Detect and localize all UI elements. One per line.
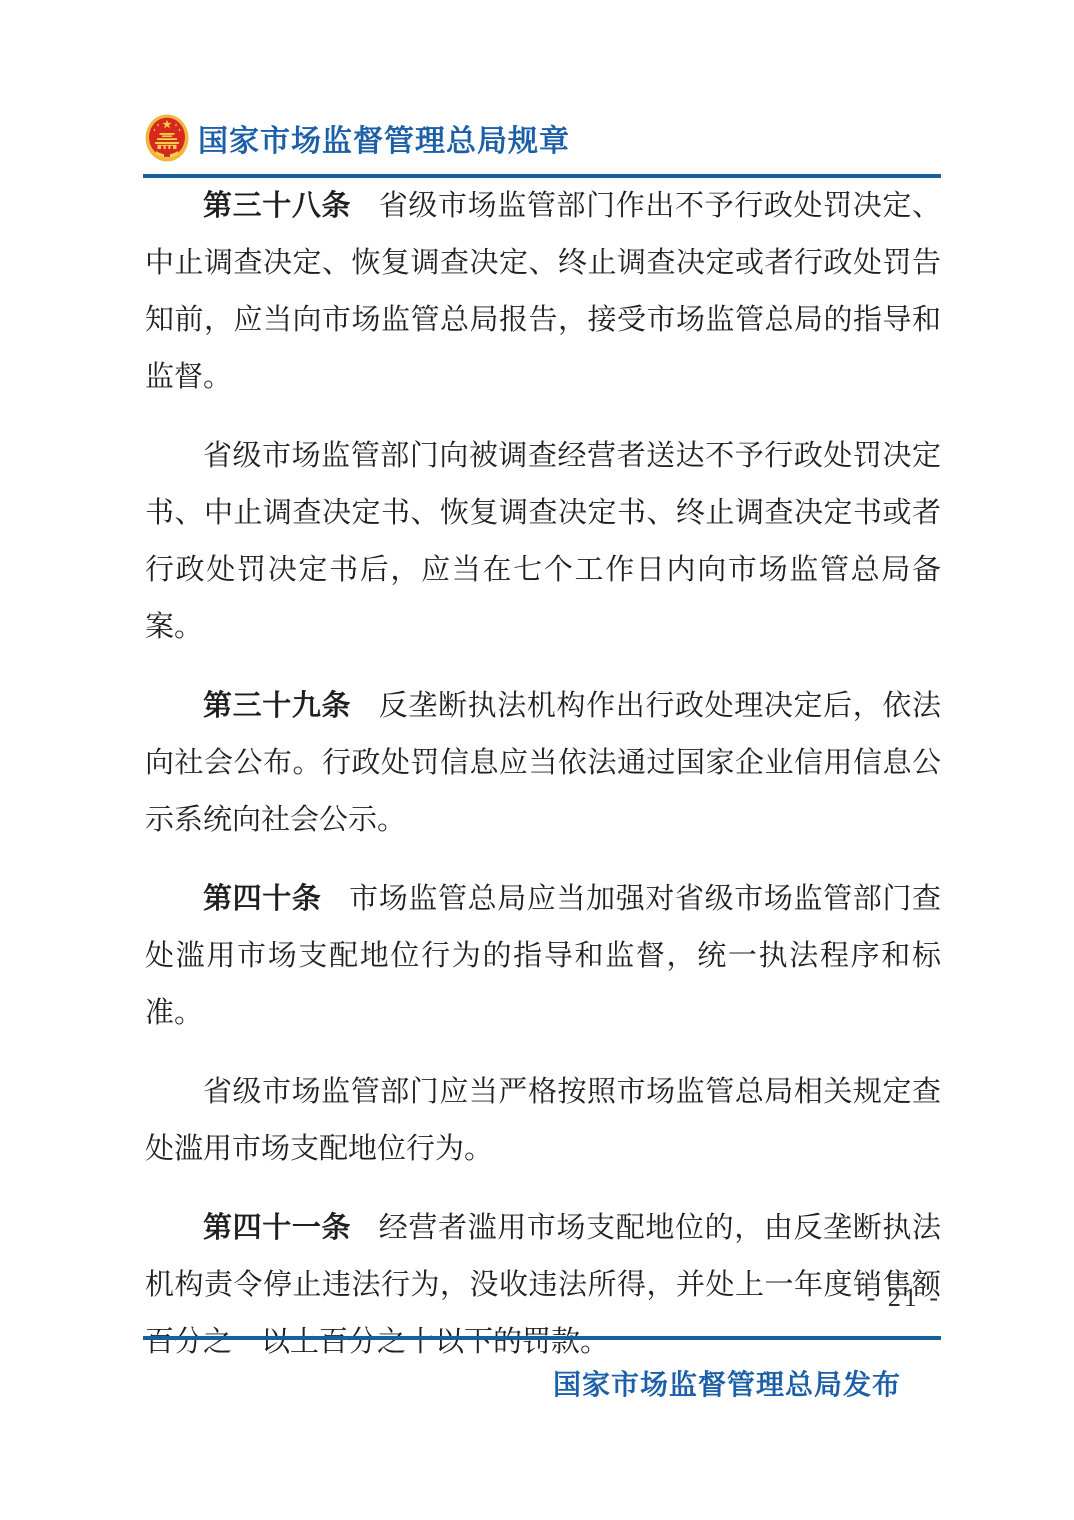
article-number: 第三十九条 (203, 690, 351, 722)
document-header: 国家市场监督管理总局规章 (145, 112, 950, 164)
paragraph-article-38: 第三十八条省级市场监管部门作出不予行政处罚决定、中止调查决定、恢复调查决定、终止… (145, 178, 941, 406)
paragraph-article-39: 第三十九条反垄断执法机构作出行政处理决定后，依法向社会公布。行政处罚信息应当依法… (145, 678, 941, 849)
header-title: 国家市场监督管理总局规章 (198, 116, 570, 160)
paragraph-article-40-cont: 省级市场监管部门应当严格按照市场监管总局相关规定查处滥用市场支配地位行为。 (145, 1064, 941, 1178)
paragraph-article-38-cont: 省级市场监管部门向被调查经营者送达不予行政处罚决定书、中止调查决定书、恢复调查决… (145, 428, 941, 656)
footer-divider (143, 1336, 941, 1340)
national-emblem-icon (145, 114, 189, 162)
document-body: 第三十八条省级市场监管部门作出不予行政处罚决定、中止调查决定、恢复调查决定、终止… (145, 178, 941, 1371)
document-page: 国家市场监督管理总局规章 第三十八条省级市场监管部门作出不予行政处罚决定、中止调… (0, 0, 1074, 1520)
article-number: 第三十八条 (203, 190, 351, 222)
article-text: 省级市场监管部门向被调查经营者送达不予行政处罚决定书、中止调查决定书、恢复调查决… (145, 440, 941, 643)
paragraph-article-41: 第四十一条经营者滥用市场支配地位的，由反垄断执法机构责令停止违法行为，没收违法所… (145, 1200, 941, 1371)
paragraph-article-40: 第四十条市场监管总局应当加强对省级市场监管部门查处滥用市场支配地位行为的指导和监… (145, 871, 941, 1042)
article-number: 第四十条 (203, 883, 322, 915)
page-number: - 21 - (867, 1283, 941, 1313)
publisher-label: 国家市场监督管理总局发布 (553, 1363, 901, 1403)
article-number: 第四十一条 (203, 1212, 351, 1244)
article-text: 省级市场监管部门应当严格按照市场监管总局相关规定查处滥用市场支配地位行为。 (145, 1076, 941, 1165)
